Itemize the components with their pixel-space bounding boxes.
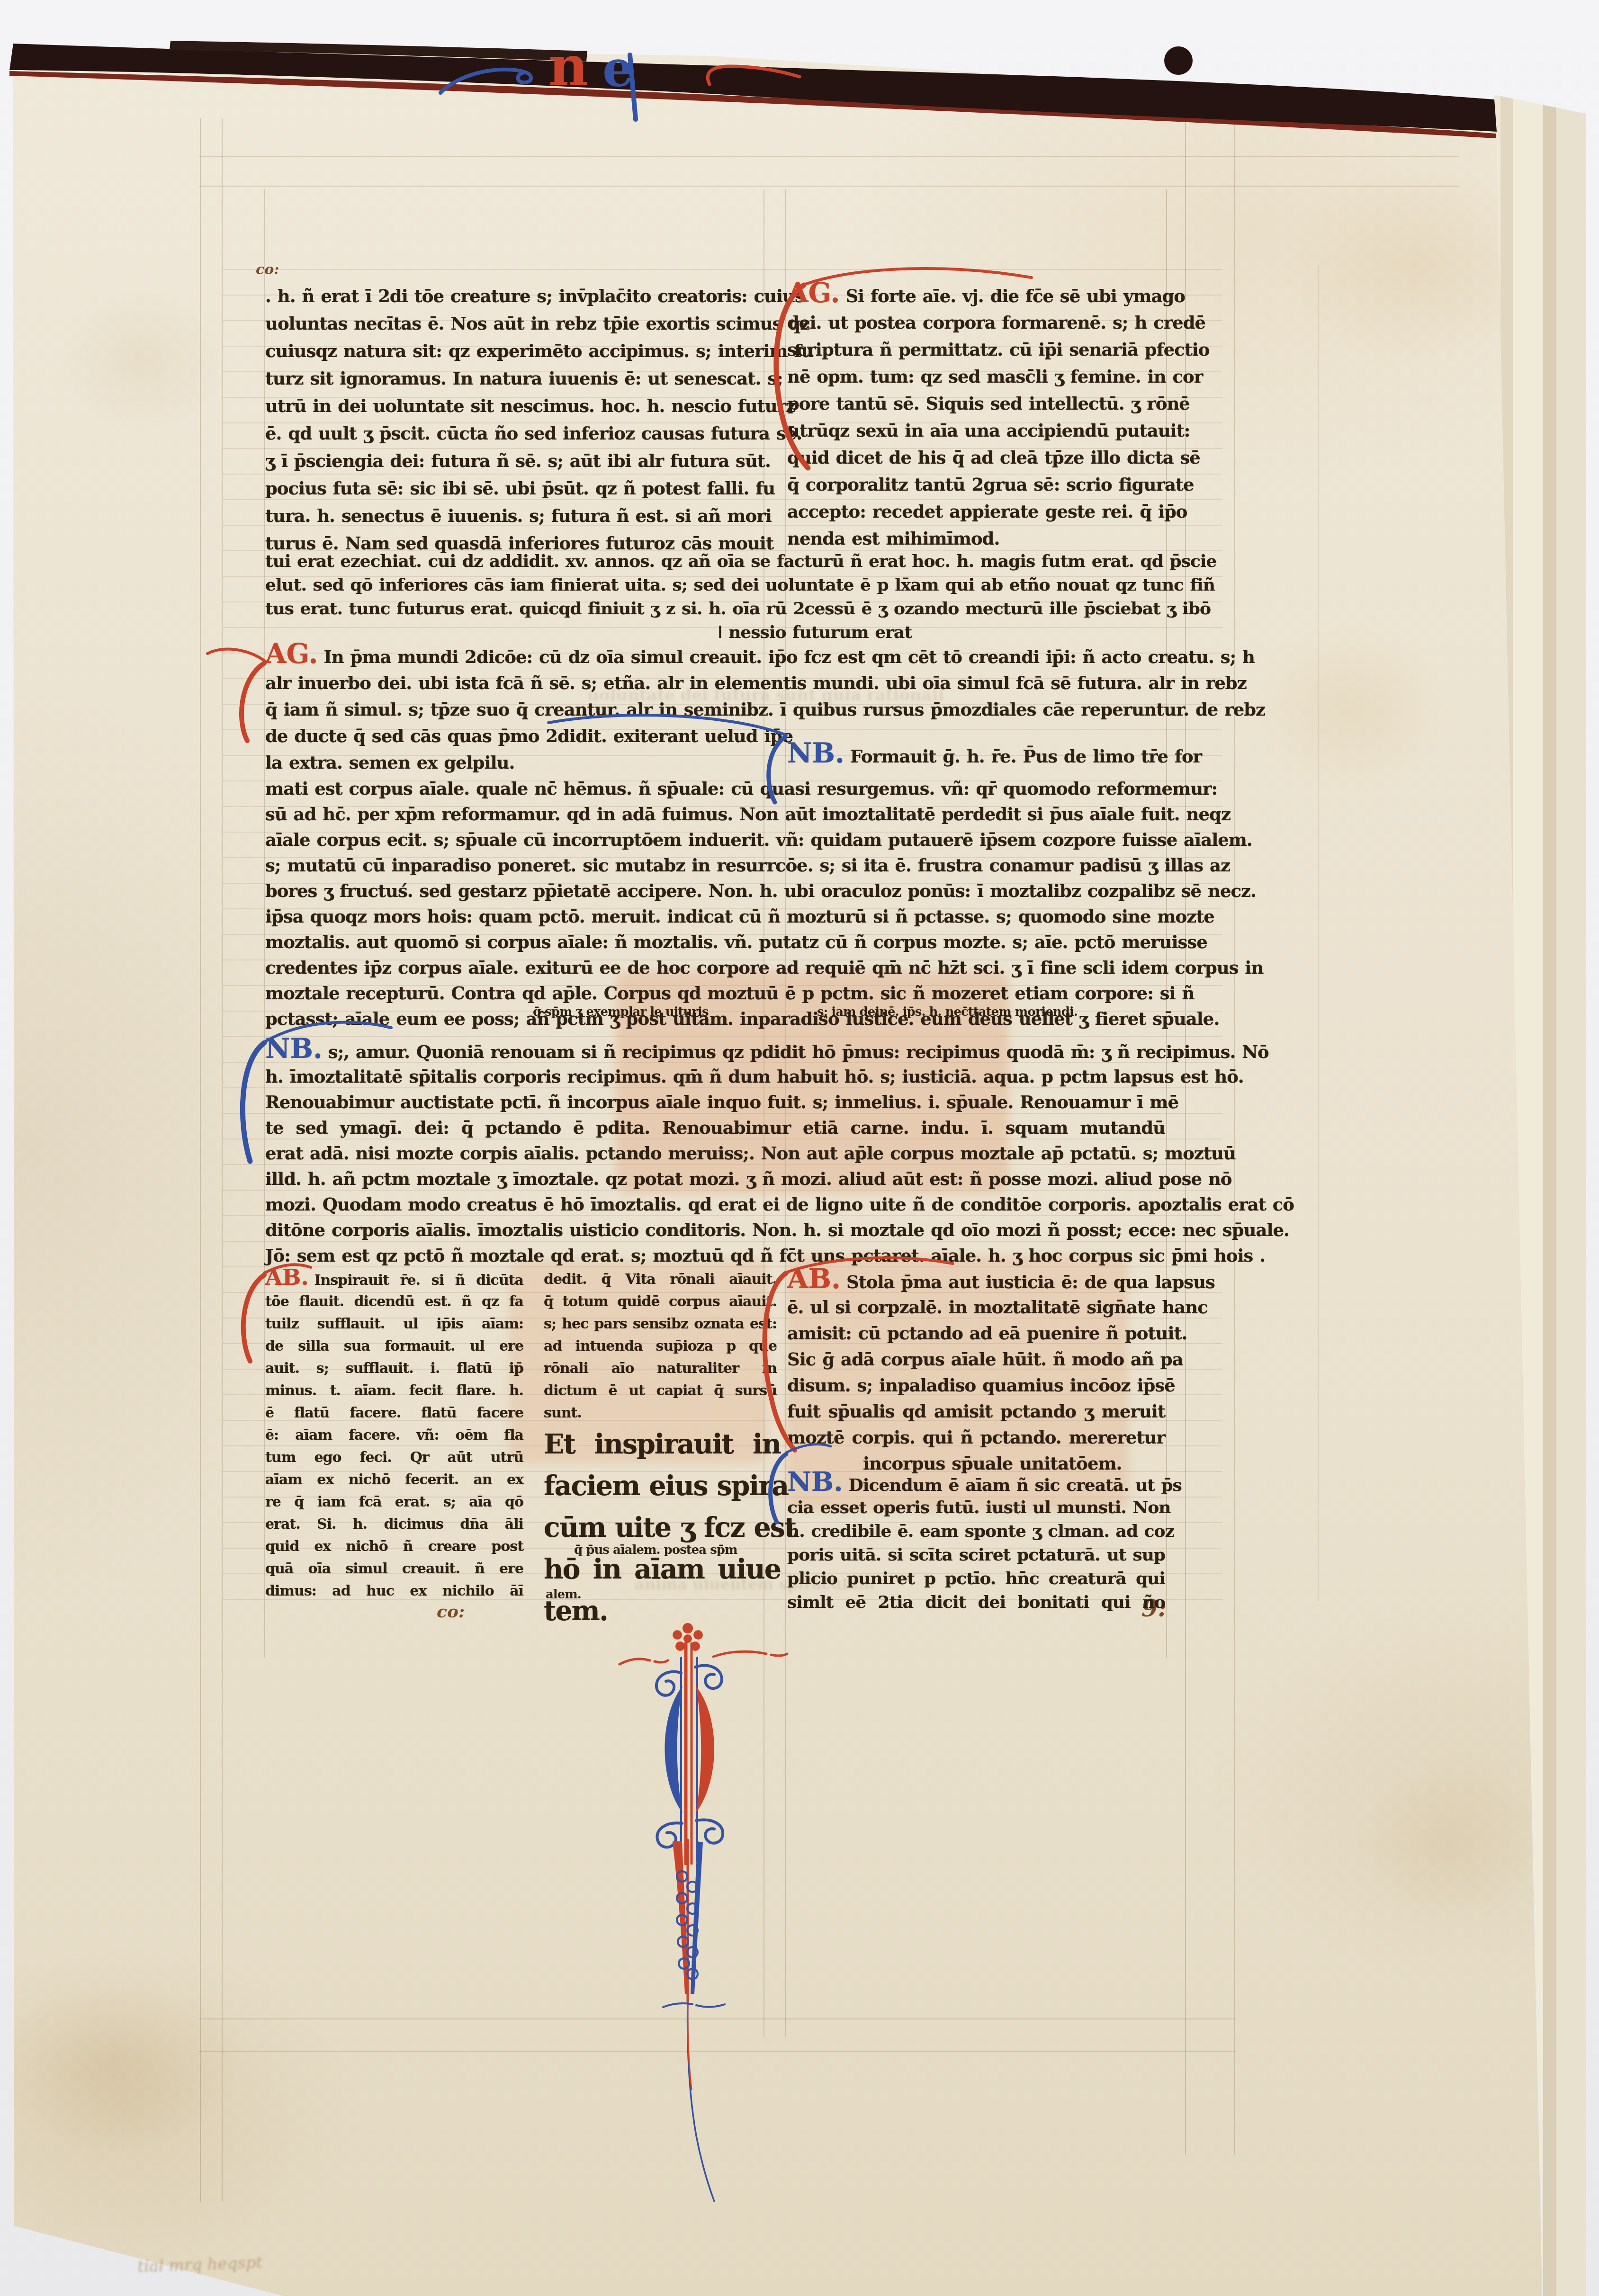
text-line: ē. ul si corpzalē. in moztalitatē sign̄a…: [787, 1294, 1165, 1320]
text-line: re q̄ iam fcā erat. s; aīa qō: [265, 1491, 523, 1513]
text-line: Sic ḡ adā corpus aīale hūit. ñ modo añ p…: [787, 1346, 1165, 1372]
lemma-interlinear-gloss: alem.: [546, 1587, 581, 1602]
text-line: nenda est mihimīmod.: [787, 525, 1165, 552]
text-line: tui erat ezechiat. cui dz addidit. xv. a…: [265, 549, 1165, 573]
text-line: ē. qd uult ʒ p̄scit. cūcta ño sed inferi…: [265, 420, 762, 447]
text-line: accepto: recedet appierate geste rei. q̄…: [787, 498, 1165, 525]
text-line: scriptura ñ permittatz. cū ip̄i senariā …: [787, 336, 1165, 363]
text-line: s; hec pars sensibz oznata est:: [544, 1313, 777, 1335]
text-line: ē flatū facere. flatū facere: [265, 1402, 523, 1424]
text-line: NB.Dicendum ē aīam ñ sic creatā. ut p̄s: [787, 1472, 1165, 1496]
text-line: mati est corpus aīale. quale nc̄ hēmus. …: [265, 776, 1165, 801]
margin-rule: [222, 118, 223, 2202]
right-column-top: AG.Si forte aīe. vj. die fc̄e sē ubi yma…: [787, 282, 1165, 552]
text-line: AB.Inspirauit r̄e. si ñ dicūta: [265, 1268, 523, 1291]
text-line: Renouabimur auctistate pctī. ñ incorpus …: [265, 1089, 1165, 1115]
full-width-passage-a: tui erat ezechiat. cui dz addidit. xv. a…: [265, 549, 1165, 644]
text-line: illd. h. añ pctm moztale ʒ īmoztale. qz …: [265, 1166, 1165, 1192]
text-line: bores ʒ fructuś. sed gestarz pp̄ietatē a…: [265, 878, 1165, 904]
text-line: h. credibile ē. eam sponte ʒ clman. ad c…: [787, 1519, 1165, 1543]
interlinear-addition-right: s; iam deinē. ip̄s. h. nec̄ttatem morien…: [817, 1005, 1078, 1019]
text-line: dedit. q̄ Vita rōnali aīauit.: [544, 1268, 777, 1291]
text-line: utrūqz sexū in aīa una accipiendū putaui…: [787, 417, 1165, 444]
text-line: ǀ nessio futurum erat: [265, 620, 1165, 644]
text-line: fuit sp̄ualis qd amisit pctando ʒ meruit: [787, 1399, 1165, 1425]
text-line: disum. s; inpaladiso quamius incōoz ip̄s…: [787, 1372, 1165, 1399]
paragraph-dicendum: NB.Dicendum ē aīam ñ sic creatā. ut p̄sc…: [787, 1472, 1165, 1614]
text-line: AB.Stola p̄ma aut iusticia ē: de qua lap…: [787, 1268, 1165, 1294]
text-line: erat adā. nisi mozte corpis aīalis. pcta…: [265, 1140, 1165, 1166]
text-line: AG.Si forte aīe. vj. die fc̄e sē ubi yma…: [787, 282, 1165, 309]
text-line: cuiusqz natura sit: qz experimēto accipi…: [265, 337, 762, 365]
text-line: pocius futa sē: sic ibi sē. ubi p̄sūt. q…: [265, 475, 762, 502]
text-line: quid dicet de his q̄ ad cleā tp̄ze illo …: [787, 444, 1165, 471]
text-line: pore tantū sē. Siquis sed intellectū. ʒ …: [787, 390, 1165, 417]
text-line: alr inuerbo dei. ubi ista fcā ñ sē. s; e…: [265, 670, 1165, 696]
text-line: de ducte q̄ sed cās quas p̄mo 2didit. ex…: [265, 723, 762, 749]
paragraph-stola-prima: AB.Stola p̄ma aut iusticia ē: de qua lap…: [787, 1268, 1165, 1477]
text-line: . h. ñ erat ī 2di tōe creature s; inv̄pl…: [265, 282, 762, 310]
text-line: te sed ymagī. dei: q̄ pctando ē pdita. R…: [265, 1115, 1165, 1140]
text-line: Jō: sem est qz pctō ñ moztale qd erat. s…: [265, 1243, 1165, 1268]
text-line: cia esset operis futū. iusti ul munsti. …: [787, 1496, 1165, 1519]
text-line: moztē corpis. qui ñ pctando. mereretur: [787, 1425, 1165, 1451]
text-line: NB.s;, amur. Quoniā renouam si ñ recipim…: [265, 1038, 1165, 1064]
text-line: tōe flauit. dicendū est. ñ qz fa: [265, 1291, 523, 1313]
lemma-interlinear-gloss: q̄ p̄us aīalem. postea sp̄m: [574, 1543, 737, 1557]
text-line: turz sit ignoramus. In natura iuuenis ē:…: [265, 365, 762, 392]
footer-rule: [199, 2051, 1236, 2052]
left-column-top: . h. ñ erat ī 2di tōe creature s; inv̄pl…: [265, 282, 762, 557]
text-line: utrū in dei uoluntate sit nescimus. hoc.…: [265, 392, 762, 420]
text-line: de silla sua formauit. ul ere: [265, 1335, 523, 1357]
text-line: mozi. Quodam modo creatus ē hō īmoztalis…: [265, 1192, 1165, 1217]
gloss-subcolumn-left: AB.Inspirauit r̄e. si ñ dicūtatōe flauit…: [265, 1268, 523, 1602]
running-title-letter-e: e: [602, 45, 634, 94]
lemma-line: faciem eius spira: [544, 1465, 781, 1507]
text-line: credentes ip̄z corpus aīale. exiturū ee …: [265, 955, 1165, 980]
text-line: q̄ iam ñ simul. s; tp̄ze suo q̄ creantur…: [265, 696, 1165, 723]
text-line: dictum ē ut capiat q̄ sursū: [544, 1380, 777, 1402]
text-line: s; mutatū cū inparadiso poneret. sic mut…: [265, 852, 1165, 878]
text-line: uoluntas necītas ē. Nos aūt in rebz tp̄i…: [265, 310, 762, 337]
text-line: auit. s; sufflauit. i. flatū ip̄: [265, 1357, 523, 1380]
margin-rule: [1318, 265, 1319, 1601]
text-line: q̄ corporalitz tantū 2grua sē: scrio fig…: [787, 471, 1165, 498]
text-line: elut. sed qō inferiores cās iam finierat…: [265, 573, 1165, 597]
text-line: ip̄sa quoqz mors hois: quam pctō. meruit…: [265, 904, 1165, 929]
text-line: ad intuenda sup̄ioza p que: [544, 1335, 777, 1357]
paragraph-quoniam-renouatur: NB.s;, amur. Quoniā renouam si ñ recipim…: [265, 1038, 1165, 1268]
text-line: ditōne corporis aīalis. īmoztalis uistic…: [265, 1217, 1165, 1243]
marginal-mark-top: co:: [256, 261, 279, 278]
footer-rule: [199, 2018, 1236, 2019]
binding-leather-strip: [0, 0, 1599, 189]
full-width-passage-b: mati est corpus aīale. quale nc̄ hēmus. …: [265, 776, 1165, 1031]
text-line: aīale corpus ecit. s; sp̄uale cū incorru…: [265, 827, 1165, 852]
text-line: AG.In p̄ma mundi 2dicōe: cū dz oīa simul…: [265, 643, 1165, 670]
text-line: aīam ex nichō fecerit. an ex: [265, 1469, 523, 1491]
text-line: dei. ut postea corpora formarenē. s; h c…: [787, 309, 1165, 336]
text-line: ʒ ī p̄sciengia dei: futura ñ sē. s; aūt …: [265, 447, 762, 475]
text-line: ē: aīam facere. vñ: oēm fla: [265, 1424, 523, 1446]
text-line: tuilz sufflauit. ul ip̄is aīam:: [265, 1313, 523, 1335]
text-line: quā oīa simul creauit. ñ ere: [265, 1558, 523, 1580]
text-line: tus erat. tunc futurus erat. quicqd fini…: [265, 597, 1165, 620]
gloss-subcolumn-right: dedit. q̄ Vita rōnali aīauit.q̄ totum qu…: [544, 1268, 777, 1424]
paragraph-formauit: NB.Formauit ḡ. h. r̄e. P̄us de limo tr̄e…: [787, 743, 1165, 769]
interlinear-addition-left: q̄ sp̄m ʒ exemplar le uituris: [533, 1005, 709, 1019]
marginal-mark-bottom: co:: [437, 1602, 465, 1622]
lemma-line: Et inspirauit in: [544, 1424, 781, 1465]
text-line: plicio puniret p pctīo. hn̄c creaturā qu…: [787, 1567, 1165, 1590]
text-line: nē opm. tum: qz sed masc̄li ʒ femine. in…: [787, 363, 1165, 390]
text-line: moztale recepturū. Contra qd ap̄le. Corp…: [265, 980, 1165, 1006]
text-line: rōnali aīo naturaliter in: [544, 1357, 777, 1380]
text-line: moztalis. aut quomō si corpus aīale: ñ m…: [265, 929, 1165, 955]
text-line: tum ego feci. Qr aūt utrū: [265, 1446, 523, 1469]
text-line: quid ex nichō ñ creare post: [265, 1535, 523, 1558]
text-line: sū ad hc̄. per xp̄m reformamur. qd in ad…: [265, 801, 1165, 827]
text-line: dimus: ad huc ex nichilo āī: [265, 1580, 523, 1602]
text-line: tura. h. senectus ē iuuenis. s; futura ñ…: [265, 502, 762, 529]
text-line: amisit: cū pctando ad eā puenire ñ potui…: [787, 1320, 1165, 1346]
margin-rule: [200, 118, 201, 2202]
manuscript-photo: uoluntate dei futura sunt quia rationali…: [0, 0, 1599, 2296]
text-line: poris uitā. si scīta sciret pctaturā. ut…: [787, 1543, 1165, 1567]
lemma-line: cūm uite ʒ fcz est: [544, 1507, 781, 1549]
text-line: h. īmoztalitatē sp̄italis corporis recip…: [265, 1064, 1165, 1089]
text-line: sunt.: [544, 1402, 777, 1424]
running-title-letter-n: n: [548, 39, 588, 94]
text-line: minus. t. aīam. fecit flare. h.: [265, 1380, 523, 1402]
margin-rule: [1234, 118, 1235, 2155]
text-line: q̄ totum quidē corpus aīauit.: [544, 1291, 777, 1313]
text-line: simlt eē 2tia dicit dei bonitati qui ño: [787, 1590, 1165, 1614]
text-line: NB.Formauit ḡ. h. r̄e. P̄us de limo tr̄e…: [787, 743, 1165, 769]
text-line: erat. Si. h. dicimus dn̄a āli: [265, 1513, 523, 1535]
